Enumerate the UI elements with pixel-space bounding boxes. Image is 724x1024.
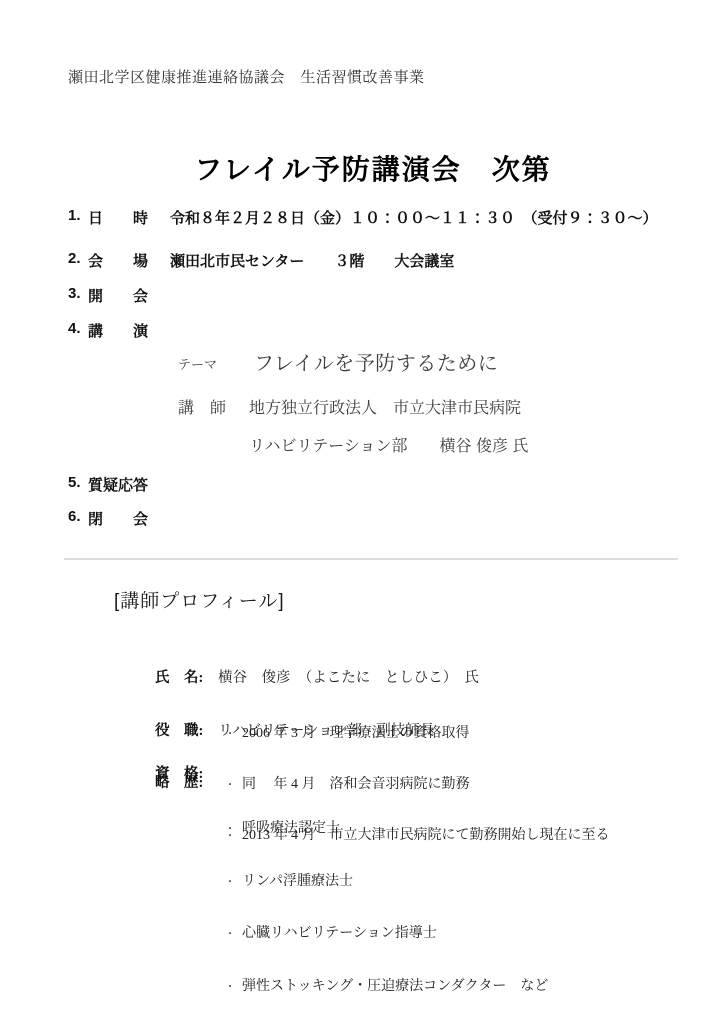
document-page: 瀬田北学区健康推進連絡協議会 生活習慣改善事業 フレイル予防講演会 次第 1. … <box>0 0 724 1024</box>
qualification-text: 心臓リハビリテーション指導士 <box>242 922 437 943</box>
agenda-label: 開 会 <box>88 285 170 306</box>
lecture-theme-row: テーマ フレイルを予防するために <box>178 347 498 376</box>
qualification-item: ・ 弾性ストッキング・圧迫療法コンダクター など <box>225 975 548 996</box>
agenda-content: 令和８年２月２８日（金）１０：００～１１：３０ （受付９：３０～） <box>170 207 658 228</box>
qualification-text: 呼吸療法認定士 <box>242 817 340 838</box>
agenda-item-datetime: 1. 日 時 令和８年２月２８日（金）１０：００～１１：３０ （受付９：３０～） <box>68 207 658 228</box>
agenda-item-closing: 6. 閉 会 <box>68 508 170 529</box>
bullet-icon: ・ <box>225 975 242 996</box>
agenda-item-opening: 3. 開 会 <box>68 285 170 306</box>
qualification-text: 弾性ストッキング・圧迫療法コンダクター など <box>242 975 548 996</box>
theme-text: フレイルを予防するために <box>254 347 498 376</box>
profile-field-name: 氏 名: 横谷 俊彦 （よこたに としひこ） 氏 <box>155 666 479 685</box>
lecturer-label: 講 師 <box>178 395 249 418</box>
bullet-icon: ・ <box>225 922 242 943</box>
field-label: 氏 名: <box>155 666 218 685</box>
career-item: ・ 2006 年 3 月 理学療法士の資格取得 <box>225 722 610 741</box>
qualification-list: ・ 呼吸療法認定士 ・ リンパ浮腫療法士 ・ 心臓リハビリテーション指導士 ・ … <box>225 785 548 1024</box>
lecturer-organization: 地方独立行政法人 市立大津市民病院 <box>249 395 521 418</box>
lecturer-row: 講 師 地方独立行政法人 市立大津市民病院 <box>178 395 521 418</box>
page-title: フレイル予防講演会 次第 <box>0 148 724 188</box>
field-label: 役 職: <box>155 719 218 738</box>
agenda-number: 6. <box>68 508 88 529</box>
qualification-item: ・ 呼吸療法認定士 <box>225 817 548 838</box>
career-text: 2006 年 3 月 理学療法士の資格取得 <box>242 722 470 741</box>
agenda-number: 2. <box>68 250 88 271</box>
agenda-label: 閉 会 <box>88 508 170 529</box>
agenda-item-lecture: 4. 講 演 <box>68 320 170 341</box>
bullet-icon: ・ <box>225 870 242 891</box>
section-divider <box>64 558 678 560</box>
agenda-label: 講 演 <box>88 320 170 341</box>
field-value: 横谷 俊彦 （よこたに としひこ） 氏 <box>218 666 479 685</box>
agenda-number: 5. <box>68 474 88 495</box>
agenda-number: 3. <box>68 285 88 306</box>
agenda-label: 質疑応答 <box>88 474 170 495</box>
bullet-icon: ・ <box>225 722 242 741</box>
bullet-icon: ・ <box>225 817 242 838</box>
qualification-text: リンパ浮腫療法士 <box>242 870 353 891</box>
agenda-label: 日 時 <box>88 207 170 228</box>
agenda-number: 4. <box>68 320 88 341</box>
agenda-label: 会 場 <box>88 250 170 271</box>
agenda-content: 瀬田北市民センター ３階 大会議室 <box>170 250 454 271</box>
agenda-item-qa: 5. 質疑応答 <box>68 474 170 495</box>
qualification-label: 資 格: <box>155 762 203 783</box>
theme-label: テーマ <box>178 354 254 376</box>
lecturer-person: リハビリテーション部 横谷 俊彦 氏 <box>249 433 528 456</box>
agenda-number: 1. <box>68 207 88 228</box>
agenda-item-venue: 2. 会 場 瀬田北市民センター ３階 大会議室 <box>68 250 454 271</box>
organization-line: 瀬田北学区健康推進連絡協議会 生活習慣改善事業 <box>68 66 425 87</box>
qualification-item: ・ リンパ浮腫療法士 <box>225 870 548 891</box>
profile-heading: [講師プロフィール] <box>114 586 285 613</box>
qualification-item: ・ 心臓リハビリテーション指導士 <box>225 922 548 943</box>
